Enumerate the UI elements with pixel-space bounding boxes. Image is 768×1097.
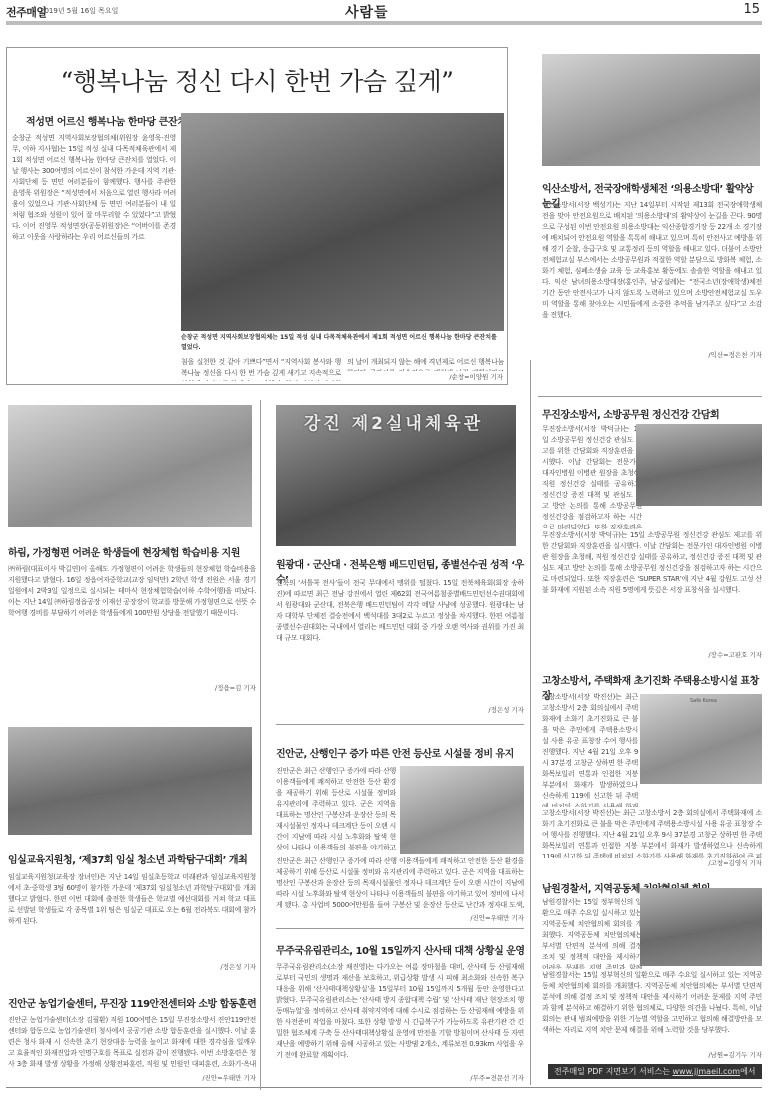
gochang-body-narrow: 고창소방서(서장 박진선)는 최근 고창소방서 2층 회의실에서 주택화재에 소… [542,692,638,807]
imsil-body: 임실교육지원청(교육장 장녀인)은 지난 14일 임실초등학교 미래관과 임실교… [8,872,256,960]
pdf-service-text: 전주매일 PDF 지면보기 서비스는 [554,1067,670,1076]
pdf-service-suffix: 에서 [740,1067,755,1076]
mujinjang-photo [636,424,762,506]
muju-body: 무주국유림관리소(소장 채진영)는 다가오는 여름 장마철을 대비, 산사태 등… [276,962,524,1072]
lead-photo-caption: 순창군 적성면 지역사회보장협의체는 15일 적성 실내 다목적체육관에서 제1… [181,333,504,353]
lead-subhead: 적성면 어르신 행복나눔 한마당 큰잔치 [26,113,187,128]
mujinjang-byline: /장수=고판호 기자 [542,650,762,659]
column-divider-left [260,400,261,1090]
column-divider [530,360,531,1085]
jinan-trail-body-wide: 진안군은 최근 산행인구 증가에 따라 산행 이용객들에게 쾌적하고 안전한 등… [276,856,524,912]
lead-byline: /순창=이양원 기자 [347,372,503,381]
namwon-photo [640,888,762,966]
jinan-trail-headline: 진안군, 산행인구 증가 따른 안전 등산로 시설물 정비 유지 [276,745,526,760]
hallym-headline: 하림, 가정형편 어려운 학생들에 현장체험 학습비용 지원 [8,544,258,559]
jinan-trail-byline: /진안=우태만 기자 [276,913,524,922]
muju-headline: 무주국유림관리소, 10월 15일까지 산사태 대책 상황실 운영 [276,942,526,957]
issue-date: 2019년 5월 16일 목요일 [40,6,118,16]
lead-body-col2: 침을 실천한 것 같아 기쁘다”면서 “지역사회 봉사와 행복나눔 정신을 다시… [181,357,341,381]
section-title: 사람들 [345,2,389,22]
iksan-byline: /익산=정은천 기자 [542,350,762,359]
lead-photo-elderly-festival [181,113,504,331]
hallym-photo [8,405,252,527]
mujinjang-body-narrow: 무진장소방서(서장 박덕규)는 15일 소방공무원 정신건강 관심도 제고를 위… [542,424,642,529]
mujinjang-headline: 무진장소방서, 소방공무원 정신건강 간담회 [542,406,764,421]
jinan-trail-body-narrow: 진안군은 최근 산행인구 증가에 따라 산행 이용객들에게 쾌적하고 안전한 등… [276,766,396,850]
jinan-fire-byline: /진안=우태만 기자 [8,1073,256,1082]
imsil-photo [8,727,252,835]
divider-right-1 [538,396,762,397]
jinan-fire-headline: 진안군 농업기술센터, 무진장 119안전센터와 소방 합동훈련 [8,995,258,1010]
namwon-body-narrow: 남원경찰서는 15일 정부혁신의 일환으로 매주 수요일 실시하고 있는 지역공… [542,897,642,969]
jinan-trail-photo [400,766,524,854]
namwon-byline: /남원=김기두 기자 [542,1050,762,1059]
website-link[interactable]: www.jjmaeil.com [673,1067,741,1076]
lead-body-col1: 순창군 적성면 지역사회보장협의체(위원장 윤영욱·진영무, 이하 지사협)는 … [12,133,176,375]
muju-byline: /무주=전문선 기자 [276,1073,524,1082]
hallym-body: ㈜하림(대표이사 박길연)이 올해도 가정형편이 어려운 학생들의 현장체험 학… [8,564,256,680]
namwon-body-wide: 남원경찰서는 15일 정부혁신의 일환으로 매주 수요일 실시하고 있는 지역공… [542,970,762,1050]
gochang-photo-banner: Safe Korea [690,698,717,704]
lead-headline: “행복나눔 정신 다시 한번 가슴 깊게” [10,62,504,98]
gochang-byline: /고창=김영식 기자 [542,858,762,867]
mujinjang-body-wide: 무진장소방서(서장 박덕규)는 15일 소방공무원 정신건강 관심도 제고를 위… [542,530,762,646]
badminton-byline: /정은성 기자 [276,705,524,714]
gym-sign-text: 강진 제2실내체육관 [304,409,516,434]
gochang-body-wide: 고창소방서(서장 박진선)는 최근 고창소방서 2층 회의실에서 주택화재에 소… [542,808,762,858]
lead-body-col3: 의 날이 개최되지 않는 해에 격년제로 어르신 행복나눔 한마당 큰잔치를 지… [347,357,504,371]
imsil-byline: /정은성 기자 [8,962,256,971]
iksan-photo [542,54,760,166]
page-number: 15 [743,2,760,17]
divider-mid-1 [276,724,524,725]
iksan-body: 익산소방서(서장 백성기)는 지난 14일부터 시작된 제13회 전국장애학생체… [542,200,762,350]
footer-rule [6,1087,762,1088]
badminton-photo: 강진 제2실내체육관 [276,405,516,546]
imsil-headline: 임실교육지원청, ‘제37회 임실 청소년 과학탐구대회’ 개최 [8,851,258,866]
jinan-fire-body: 진안군 농업기술센터(소장 김필환) 직원 100여명은 15일 무진장소방서 … [8,1015,256,1071]
divider-mid-2 [276,928,524,929]
gochang-photo [640,694,762,784]
pdf-service-banner: 전주매일 PDF 지면보기 서비스는 www.jjmaeil.com에서 [548,1064,762,1079]
badminton-body: 전북의 ‘셔틀콕 전사’들이 전국 무대에서 맹위를 떨쳤다. 15일 전북체육… [276,578,524,690]
header-rule [6,21,762,25]
hallym-byline: /정읍=김 기자 [8,683,256,692]
